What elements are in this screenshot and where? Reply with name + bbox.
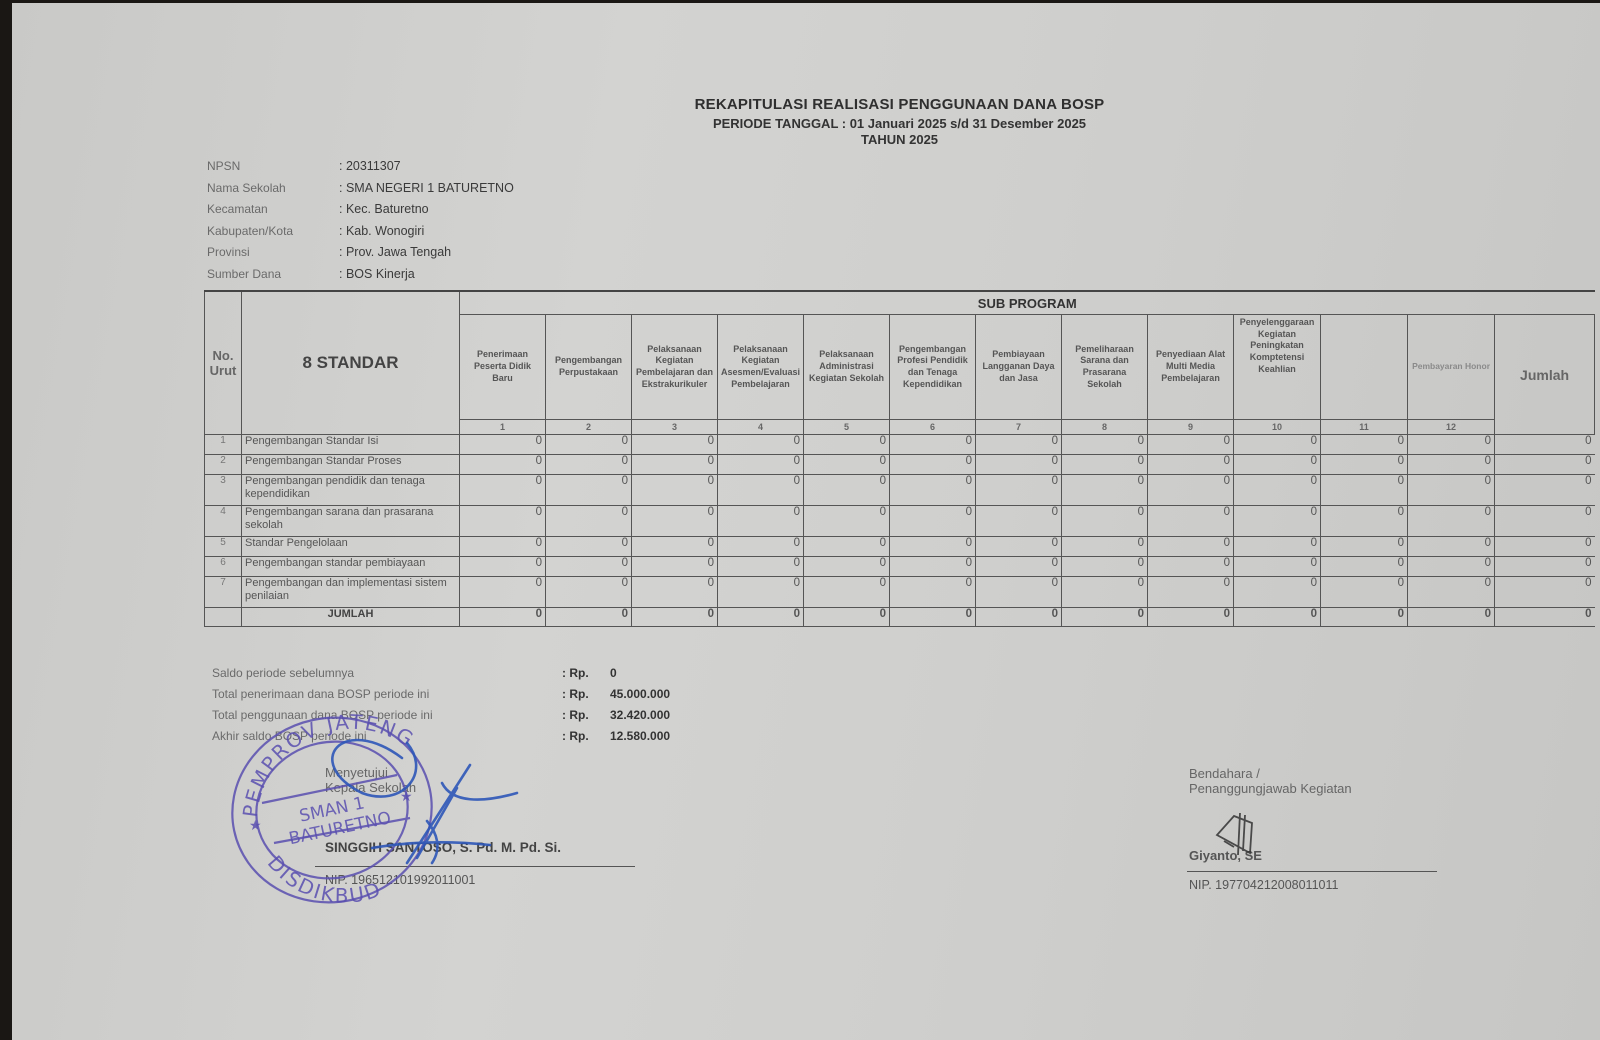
total-cell-value: 0: [1062, 608, 1148, 627]
summary-prefix: : Rp.: [562, 729, 610, 750]
cell-value: 0: [460, 577, 546, 608]
row-number: 6: [205, 557, 242, 577]
info-label: Kabupaten/Kota: [207, 224, 339, 246]
treasurer-role-line1: Bendahara /: [1189, 766, 1352, 781]
cell-value: 0: [546, 506, 632, 537]
info-row-district: Kecamatan : Kec. Baturetno: [207, 202, 514, 224]
cell-value: 0: [1234, 435, 1321, 455]
summary-amount: 12.580.000: [610, 729, 670, 750]
summary-label: Total penggunaan dana BOSP periode ini: [212, 708, 562, 729]
cell-value: 0: [890, 435, 976, 455]
row-total: 0: [1495, 506, 1595, 537]
summary-row: Akhir saldo BOSP periode ini : Rp. 12.58…: [212, 729, 670, 750]
row-total: 0: [1495, 577, 1595, 608]
cell-value: 0: [976, 475, 1062, 506]
cell-value: 0: [976, 537, 1062, 557]
table-row: 5Standar Pengelolaan0000000000000: [205, 537, 1595, 557]
sub-program-number: 5: [804, 420, 890, 435]
cell-value: 0: [1148, 475, 1234, 506]
cell-value: 0: [804, 506, 890, 537]
cell-value: 0: [1148, 506, 1234, 537]
info-value: : SMA NEGERI 1 BATURETNO: [339, 181, 514, 203]
total-cell-value: 0: [1408, 608, 1495, 627]
standard-name: Pengembangan dan implementasi sistem pen…: [242, 577, 460, 608]
treasurer-nip: NIP. 197704212008011011: [1189, 878, 1338, 892]
cell-value: 0: [632, 455, 718, 475]
standard-name: Pengembangan Standar Proses: [242, 455, 460, 475]
info-label: Provinsi: [207, 245, 339, 267]
table-row: 2Pengembangan Standar Proses000000000000…: [205, 455, 1595, 475]
table-row: 7Pengembangan dan implementasi sistem pe…: [205, 577, 1595, 608]
sub-program-header: Pelaksanaan Kegiatan Pembelajaran dan Ek…: [632, 315, 718, 420]
cell-value: 0: [546, 577, 632, 608]
cell-value: 0: [718, 455, 804, 475]
cell-value: 0: [460, 537, 546, 557]
cell-value: 0: [460, 435, 546, 455]
sub-program-header: Penyediaan Alat Multi Media Pembelajaran: [1148, 315, 1234, 420]
cell-value: 0: [546, 435, 632, 455]
sub-program-header: Pembiayaan Langganan Daya dan Jasa: [976, 315, 1062, 420]
cell-value: 0: [1062, 455, 1148, 475]
sub-program-number: 12: [1408, 420, 1495, 435]
signature-line: [1187, 871, 1437, 872]
info-value: : BOS Kinerja: [339, 267, 415, 289]
table-body: 1Pengembangan Standar Isi00000000000002P…: [205, 435, 1595, 627]
cell-value: 0: [460, 506, 546, 537]
cell-value: 0: [632, 557, 718, 577]
cell-value: 0: [632, 537, 718, 557]
cell-value: 0: [1321, 506, 1408, 537]
cell-value: 0: [1408, 435, 1495, 455]
svg-text:SMAN 1: SMAN 1: [298, 793, 367, 826]
realization-table: No. Urut 8 STANDAR SUB PROGRAM Penerimaa…: [204, 290, 1595, 627]
cell-value: 0: [890, 577, 976, 608]
report-title: REKAPITULASI REALISASI PENGGUNAAN DANA B…: [187, 96, 1600, 113]
principal-nip: NIP. 196512101992011001: [325, 873, 475, 887]
row-number: 4: [205, 506, 242, 537]
cell-value: 0: [1321, 537, 1408, 557]
cell-value: 0: [1148, 435, 1234, 455]
cell-value: 0: [632, 577, 718, 608]
sub-program-header: Pembayaran Honor: [1408, 315, 1495, 420]
cell-value: 0: [890, 455, 976, 475]
cell-value: 0: [718, 506, 804, 537]
cell-value: 0: [976, 557, 1062, 577]
cell-value: 0: [546, 537, 632, 557]
row-number: 2: [205, 455, 242, 475]
total-cell-value: 0: [718, 608, 804, 627]
cell-value: 0: [1234, 557, 1321, 577]
treasurer-name: Giyanto, SE: [1189, 848, 1262, 863]
summary-prefix: : Rp.: [562, 687, 610, 708]
report-year: TAHUN 2025: [187, 132, 1600, 147]
row-number: 7: [205, 577, 242, 608]
sub-program-number: 11: [1321, 420, 1408, 435]
summary-label: Total penerimaan dana BOSP periode ini: [212, 687, 562, 708]
standard-name: Pengembangan Standar Isi: [242, 435, 460, 455]
sub-program-number: 7: [976, 420, 1062, 435]
cell-value: 0: [804, 475, 890, 506]
total-cell-value: 0: [460, 608, 546, 627]
row-total: 0: [1495, 435, 1595, 455]
cell-value: 0: [718, 537, 804, 557]
summary-row: Total penerimaan dana BOSP periode ini :…: [212, 687, 670, 708]
total-cell-value: 0: [804, 608, 890, 627]
cell-value: 0: [1062, 475, 1148, 506]
cell-value: 0: [890, 557, 976, 577]
cell-value: 0: [718, 577, 804, 608]
row-number: 3: [205, 475, 242, 506]
cell-value: 0: [1148, 557, 1234, 577]
cell-value: 0: [1408, 537, 1495, 557]
table-row: 4Pengembangan sarana dan prasarana sekol…: [205, 506, 1595, 537]
document-paper: REKAPITULASI REALISASI PENGGUNAAN DANA B…: [12, 3, 1600, 1040]
sub-program-number: 4: [718, 420, 804, 435]
sub-program-header: [1321, 315, 1408, 420]
report-header: REKAPITULASI REALISASI PENGGUNAAN DANA B…: [12, 96, 1600, 147]
cell-value: 0: [460, 455, 546, 475]
header-no-urut: No. Urut: [205, 291, 242, 435]
sub-program-header: Pengembangan Perpustakaan: [546, 315, 632, 420]
cell-value: 0: [718, 435, 804, 455]
cell-value: 0: [1234, 537, 1321, 557]
cell-value: 0: [1321, 455, 1408, 475]
summary-label: Saldo periode sebelumnya: [212, 666, 562, 687]
header-jumlah: Jumlah: [1495, 315, 1595, 435]
sub-program-header: Pengembangan Profesi Pendidik dan Tenaga…: [890, 315, 976, 420]
cell-value: 0: [1148, 577, 1234, 608]
cell-value: 0: [1321, 475, 1408, 506]
row-number: 5: [205, 537, 242, 557]
sub-program-header: Penyelenggaraan Kegiatan Peningkatan Kom…: [1234, 315, 1321, 420]
cell-value: 0: [1148, 455, 1234, 475]
total-row-number: [205, 608, 242, 627]
svg-text:★: ★: [249, 818, 262, 834]
cell-value: 0: [632, 435, 718, 455]
sub-program-number: 2: [546, 420, 632, 435]
signature-block-principal: Menyetujui Kepala Sekolah SINGGIH SANTOS…: [325, 765, 416, 795]
cell-value: 0: [1062, 435, 1148, 455]
summary-amount: 45.000.000: [610, 687, 670, 708]
standard-name: Standar Pengelolaan: [242, 537, 460, 557]
row-total: 0: [1495, 455, 1595, 475]
total-cell-value: 0: [890, 608, 976, 627]
cell-value: 0: [890, 506, 976, 537]
standard-name: Pengembangan pendidik dan tenaga kependi…: [242, 475, 460, 506]
info-label: Kecamatan: [207, 202, 339, 224]
total-label: JUMLAH: [242, 608, 460, 627]
sub-program-header: Pemeliharaan Sarana dan Prasarana Sekola…: [1062, 315, 1148, 420]
standard-name: Pengembangan standar pembiayaan: [242, 557, 460, 577]
cell-value: 0: [718, 475, 804, 506]
standard-name: Pengembangan sarana dan prasarana sekola…: [242, 506, 460, 537]
approval-label: Menyetujui: [325, 765, 416, 780]
summary-row: Saldo periode sebelumnya : Rp. 0: [212, 666, 670, 687]
cell-value: 0: [546, 557, 632, 577]
cell-value: 0: [718, 557, 804, 577]
summary-amount: 32.420.000: [610, 708, 670, 729]
cell-value: 0: [1234, 506, 1321, 537]
cell-value: 0: [460, 475, 546, 506]
summary-amount: 0: [610, 666, 617, 687]
sub-program-number: 3: [632, 420, 718, 435]
sub-program-number: 1: [460, 420, 546, 435]
info-row-province: Provinsi : Prov. Jawa Tengah: [207, 245, 514, 267]
row-total: 0: [1495, 537, 1595, 557]
cell-value: 0: [890, 537, 976, 557]
cell-value: 0: [1234, 475, 1321, 506]
info-value: : Kab. Wonogiri: [339, 224, 424, 246]
sub-program-number: 10: [1234, 420, 1321, 435]
total-cell-value: 0: [1321, 608, 1408, 627]
header-8-standar: 8 STANDAR: [242, 291, 460, 435]
row-total: 0: [1495, 557, 1595, 577]
sub-program-header: Pelaksanaan Kegiatan Asesmen/Evaluasi Pe…: [718, 315, 804, 420]
table-row: 3Pengembangan pendidik dan tenaga kepend…: [205, 475, 1595, 506]
info-value: : 20311307: [339, 159, 401, 181]
cell-value: 0: [804, 435, 890, 455]
cell-value: 0: [632, 506, 718, 537]
cell-value: 0: [1408, 506, 1495, 537]
info-label: Sumber Dana: [207, 267, 339, 289]
cell-value: 0: [1408, 475, 1495, 506]
info-row-regency: Kabupaten/Kota : Kab. Wonogiri: [207, 224, 514, 246]
row-number: 1: [205, 435, 242, 455]
total-cell-value: 0: [632, 608, 718, 627]
cell-value: 0: [804, 455, 890, 475]
summary-row: Total penggunaan dana BOSP periode ini :…: [212, 708, 670, 729]
summary-label: Akhir saldo BOSP periode ini: [212, 729, 562, 750]
info-value: : Prov. Jawa Tengah: [339, 245, 451, 267]
cell-value: 0: [1062, 557, 1148, 577]
cell-value: 0: [1321, 577, 1408, 608]
cell-value: 0: [976, 455, 1062, 475]
summary-prefix: : Rp.: [562, 708, 610, 729]
cell-value: 0: [1062, 506, 1148, 537]
principal-name: SINGGIH SANTOSO, S. Pd. M. Pd. Si.: [325, 840, 645, 855]
row-total: 0: [1495, 475, 1595, 506]
info-value: : Kec. Baturetno: [339, 202, 429, 224]
cell-value: 0: [546, 475, 632, 506]
cell-value: 0: [1062, 577, 1148, 608]
info-label: Nama Sekolah: [207, 181, 339, 203]
sub-program-number: 6: [890, 420, 976, 435]
total-row: JUMLAH0000000000000: [205, 608, 1595, 627]
total-cell-value: 0: [1234, 608, 1321, 627]
cell-value: 0: [1062, 537, 1148, 557]
cell-value: 0: [460, 557, 546, 577]
total-cell-value: 0: [976, 608, 1062, 627]
school-info: NPSN : 20311307 Nama Sekolah : SMA NEGER…: [207, 159, 514, 289]
cell-value: 0: [804, 537, 890, 557]
cell-value: 0: [1408, 455, 1495, 475]
cell-value: 0: [804, 577, 890, 608]
cell-value: 0: [976, 435, 1062, 455]
info-label: NPSN: [207, 159, 339, 181]
fund-summary: Saldo periode sebelumnya : Rp. 0 Total p…: [212, 666, 670, 750]
cell-value: 0: [1234, 577, 1321, 608]
total-cell-value: 0: [546, 608, 632, 627]
total-cell-value: 0: [1148, 608, 1234, 627]
cell-value: 0: [1321, 435, 1408, 455]
signature-line: [315, 866, 635, 867]
cell-value: 0: [1408, 577, 1495, 608]
signature-block-treasurer: Bendahara / Penanggungjawab Kegiatan Giy…: [1189, 766, 1352, 796]
cell-value: 0: [976, 577, 1062, 608]
principal-role: Kepala Sekolah: [325, 780, 416, 795]
grand-total: 0: [1495, 608, 1595, 627]
report-period: PERIODE TANGGAL : 01 Januari 2025 s/d 31…: [187, 116, 1600, 131]
sub-program-header: Pelaksanaan Administrasi Kegiatan Sekola…: [804, 315, 890, 420]
cell-value: 0: [804, 557, 890, 577]
info-row-fund-source: Sumber Dana : BOS Kinerja: [207, 267, 514, 289]
table-row: 1Pengembangan Standar Isi0000000000000: [205, 435, 1595, 455]
cell-value: 0: [1148, 537, 1234, 557]
cell-value: 0: [1234, 455, 1321, 475]
summary-prefix: : Rp.: [562, 666, 610, 687]
cell-value: 0: [1408, 557, 1495, 577]
cell-value: 0: [546, 455, 632, 475]
cell-value: 0: [976, 506, 1062, 537]
info-row-school-name: Nama Sekolah : SMA NEGERI 1 BATURETNO: [207, 181, 514, 203]
sub-program-number: 8: [1062, 420, 1148, 435]
cell-value: 0: [890, 475, 976, 506]
treasurer-role-line2: Penanggungjawab Kegiatan: [1189, 781, 1352, 796]
header-sub-program: SUB PROGRAM: [460, 291, 1595, 315]
sub-program-number: 9: [1148, 420, 1234, 435]
sub-program-header: Penerimaan Peserta Didik Baru: [460, 315, 546, 420]
info-row-npsn: NPSN : 20311307: [207, 159, 514, 181]
table-row: 6Pengembangan standar pembiayaan00000000…: [205, 557, 1595, 577]
cell-value: 0: [1321, 557, 1408, 577]
cell-value: 0: [632, 475, 718, 506]
